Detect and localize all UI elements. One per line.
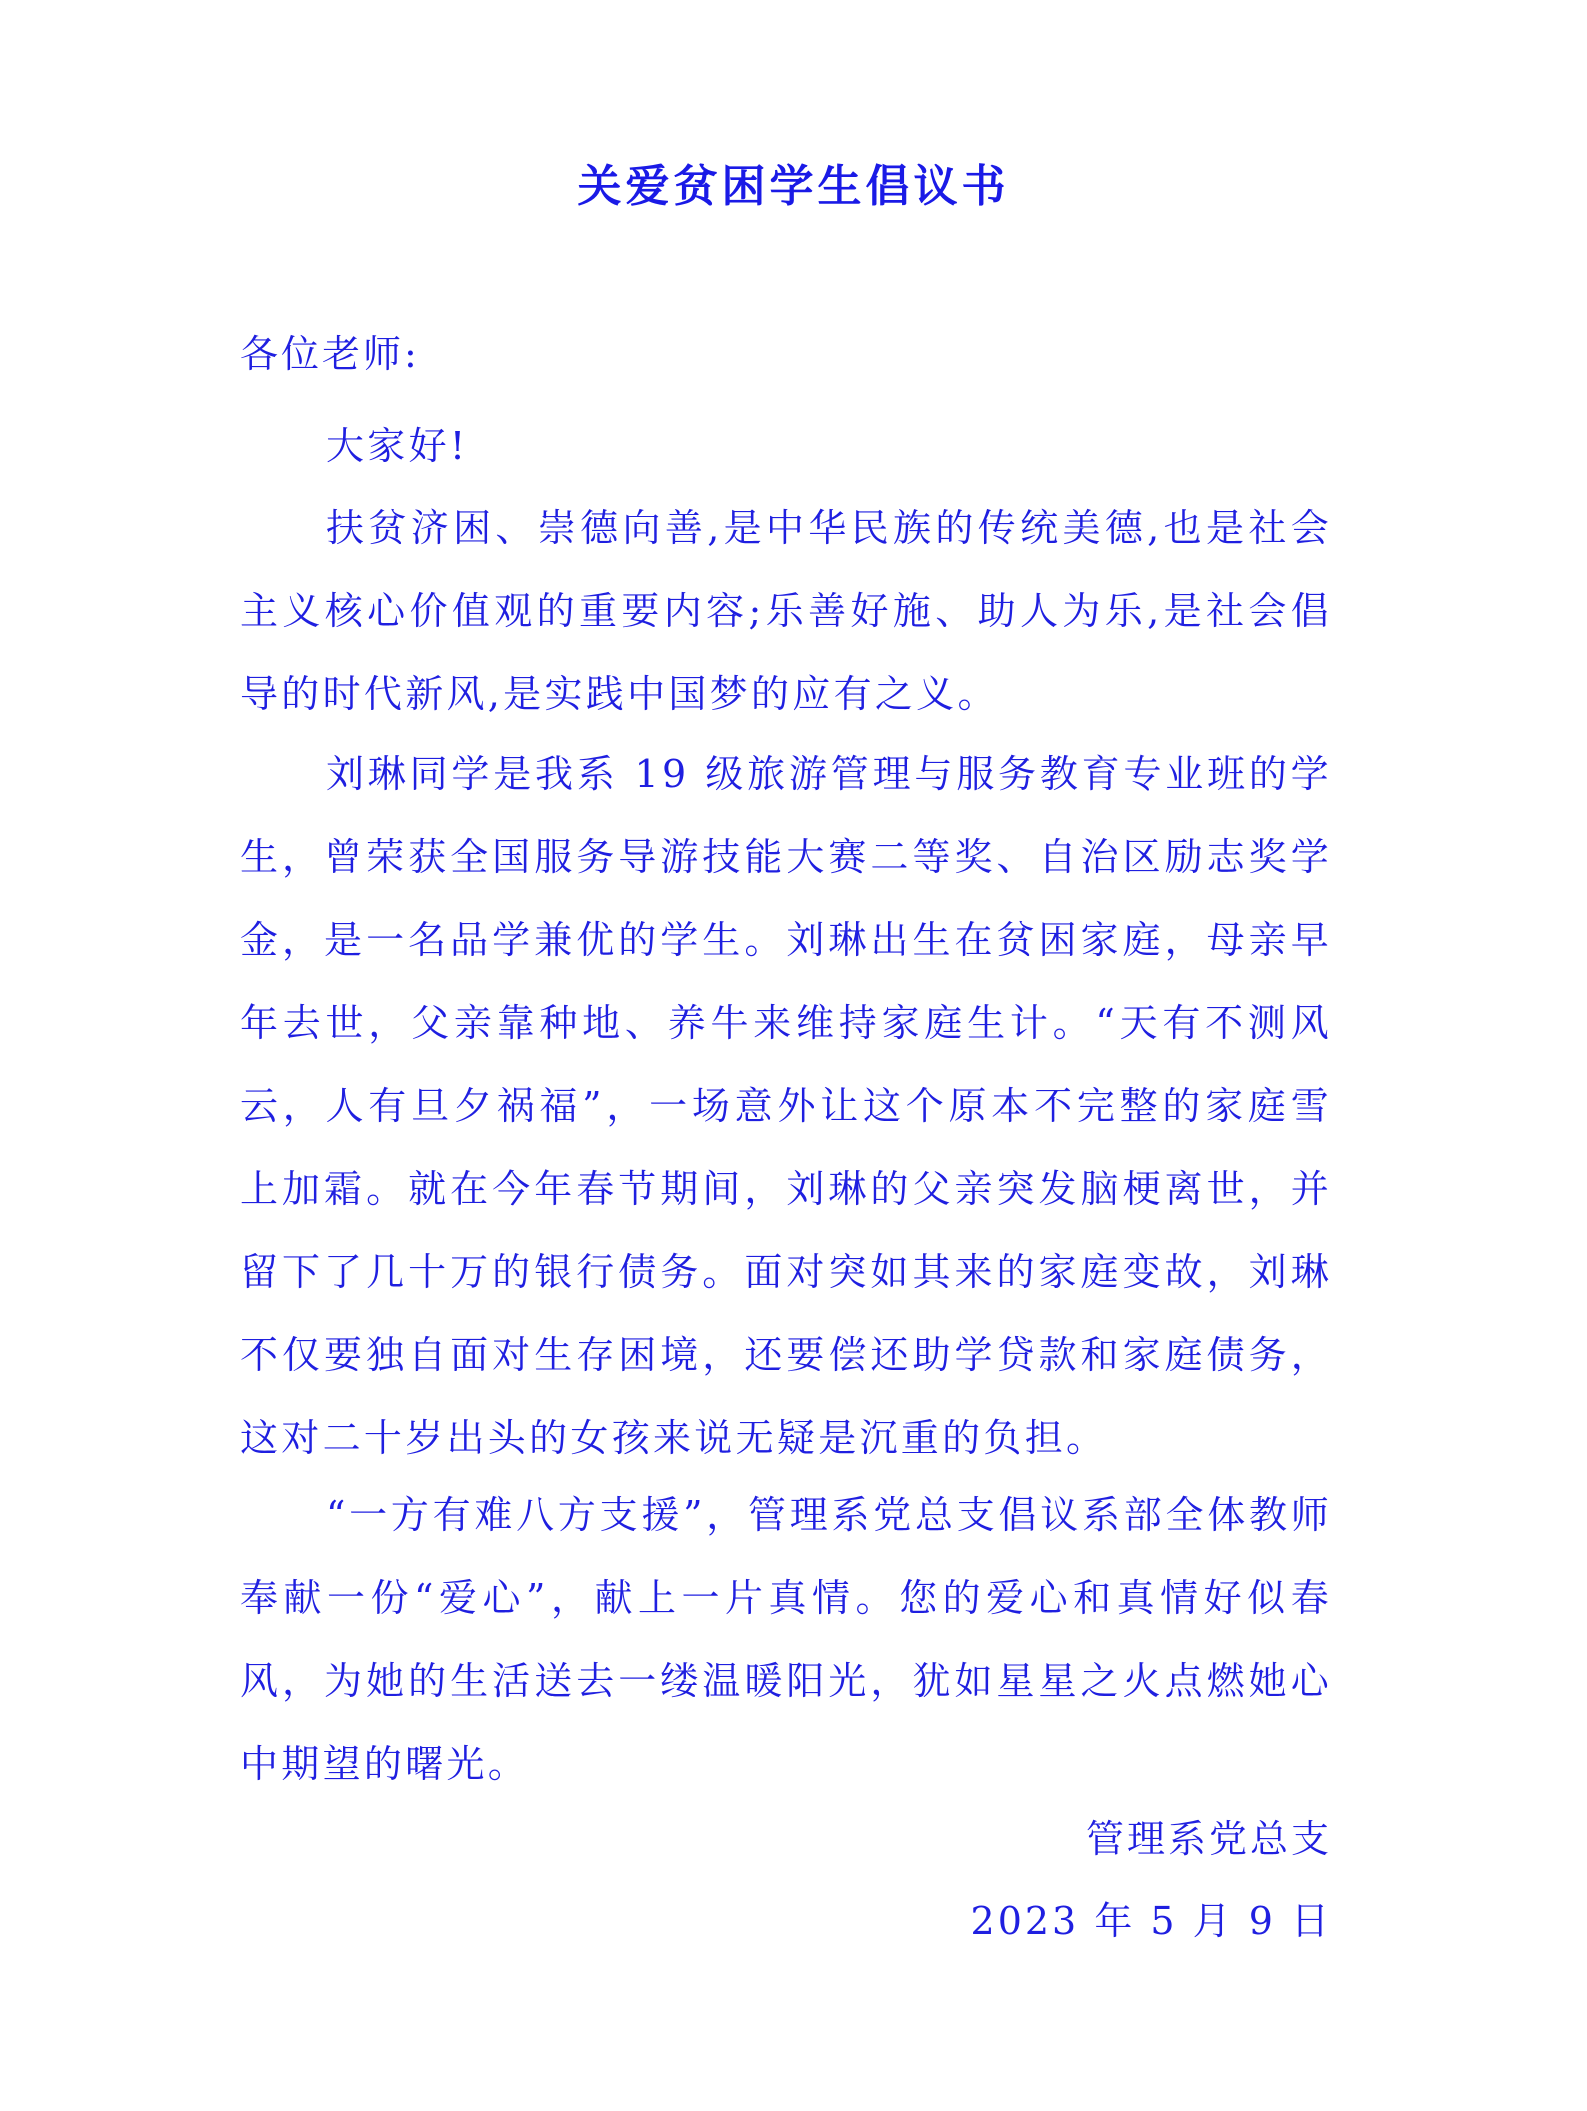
greeting: 大家好! bbox=[240, 405, 1332, 488]
paragraph-text: 扶贫济困、崇德向善,是中华民族的传统美德,也是社会主义核心价值观的重要内容;乐善… bbox=[240, 487, 1332, 736]
greeting-text: 大家好! bbox=[240, 405, 1332, 488]
paragraph-text: “一方有难八方支援”，管理系党总支倡议系部全体教师奉献一份“爱心”，献上一片真情… bbox=[240, 1474, 1332, 1806]
signature-date: 2023 年 5 月 9 日 bbox=[971, 1890, 1332, 1945]
paragraph-1: 扶贫济困、崇德向善,是中华民族的传统美德,也是社会主义核心价值观的重要内容;乐善… bbox=[240, 487, 1332, 736]
document-page: 关爱贫困学生倡议书 各位老师: 大家好! 扶贫济困、崇德向善,是中华民族的传统美… bbox=[0, 0, 1587, 2111]
paragraph-2: 刘琳同学是我系 19 级旅游管理与服务教育专业班的学生，曾荣获全国服务导游技能大… bbox=[240, 733, 1332, 1480]
paragraph-text: 刘琳同学是我系 19 级旅游管理与服务教育专业班的学生，曾荣获全国服务导游技能大… bbox=[240, 733, 1332, 1480]
document-title: 关爱贫困学生倡议书 bbox=[0, 150, 1587, 214]
signature-organization: 管理系党总支 bbox=[1086, 1808, 1332, 1863]
paragraph-3: “一方有难八方支援”，管理系党总支倡议系部全体教师奉献一份“爱心”，献上一片真情… bbox=[240, 1474, 1332, 1806]
salutation: 各位老师: bbox=[240, 323, 420, 378]
